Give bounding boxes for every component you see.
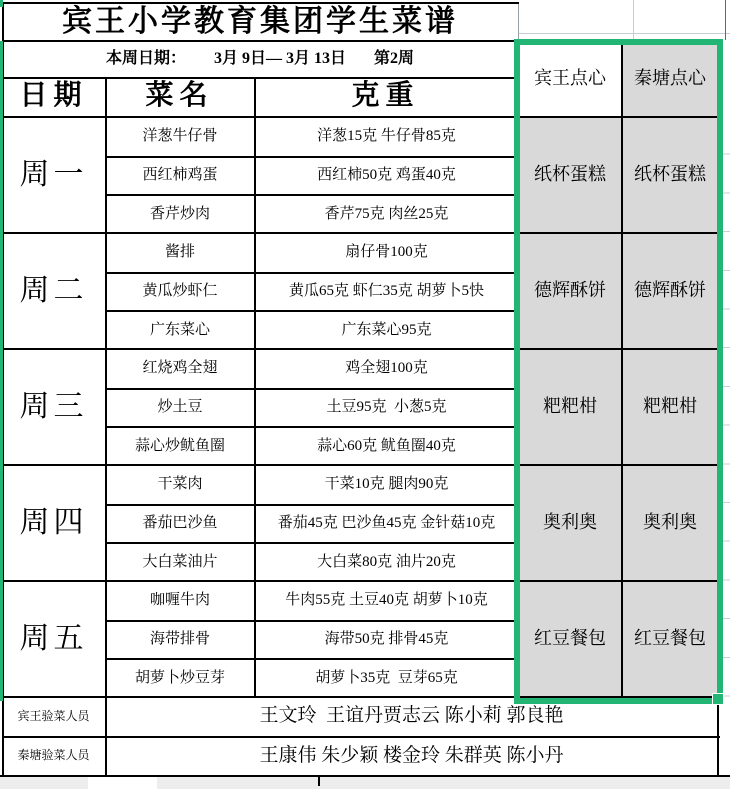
day-cell-wednesday[interactable]: 周三 — [2, 349, 105, 464]
selection-left-edge — [0, 41, 3, 701]
selection-fill-handle[interactable] — [712, 693, 724, 705]
dish-weight-cell[interactable]: 香芹75克 肉丝25克 — [256, 194, 517, 233]
week-label: 本周日期： — [106, 50, 186, 68]
day-cell-monday[interactable]: 周一 — [2, 117, 105, 232]
dish-name-cell[interactable]: 香芹炒肉 — [106, 194, 254, 233]
day-cell-friday[interactable]: 周五 — [2, 581, 105, 696]
week-range: 3月 9日— 3月 13日 — [214, 50, 346, 68]
dish-name-cell[interactable]: 红烧鸡全翅 — [106, 349, 254, 388]
title-cell[interactable]: 宾王小学教育集团学生菜谱 — [2, 2, 518, 40]
dish-name-cell[interactable]: 洋葱牛仔骨 — [106, 117, 254, 156]
selection-border[interactable] — [514, 39, 723, 704]
dish-weight-cell[interactable]: 蒜心60克 鱿鱼圈40克 — [256, 426, 517, 465]
grid-line — [633, 0, 634, 40]
dish-weight-cell[interactable]: 鸡全翅100克 — [256, 349, 517, 388]
grid-line — [519, 33, 730, 34]
selection-corner-mark — [0, 0, 3, 7]
grid-line — [318, 776, 320, 786]
cell-fill — [157, 777, 730, 789]
grid-line — [0, 775, 730, 777]
dish-weight-cell[interactable]: 西红柿50克 鸡蛋40克 — [256, 156, 517, 195]
week-date-cell[interactable]: 本周日期： 3月 9日— 3月 13日 第2周 — [2, 40, 518, 77]
dish-weight-cell[interactable]: 干菜10克 腿肉90克 — [256, 465, 517, 504]
grid-line — [725, 0, 726, 40]
inspector-label-cell[interactable]: 宾王验菜人员 — [2, 697, 105, 736]
spreadsheet: 宾王小学教育集团学生菜谱 本周日期： 3月 9日— 3月 13日 第2周 日期 … — [0, 0, 730, 789]
dish-weight-cell[interactable]: 广东菜心95克 — [256, 310, 517, 349]
dish-name-cell[interactable]: 咖喱牛肉 — [106, 581, 254, 620]
dish-weight-cell[interactable]: 黄瓜65克 虾仁35克 胡萝卜5快 — [256, 272, 517, 311]
inspector-label-cell[interactable]: 秦塘验菜人员 — [2, 737, 105, 775]
dish-weight-cell[interactable]: 海带50克 排骨45克 — [256, 620, 517, 659]
dish-name-cell[interactable]: 大白菜油片 — [106, 542, 254, 581]
cell-fill — [0, 777, 88, 789]
dish-name-cell[interactable]: 西红柿鸡蛋 — [106, 156, 254, 195]
dish-name-cell[interactable]: 胡萝卜炒豆芽 — [106, 658, 254, 697]
dish-name-cell[interactable]: 广东菜心 — [106, 310, 254, 349]
day-cell-thursday[interactable]: 周四 — [2, 465, 105, 580]
dish-weight-cell[interactable]: 牛肉55克 土豆40克 胡萝卜10克 — [256, 581, 517, 620]
week-number: 第2周 — [374, 50, 414, 68]
dish-name-cell[interactable]: 黄瓜炒虾仁 — [106, 272, 254, 311]
dish-weight-cell[interactable]: 洋葱15克 牛仔骨85克 — [256, 117, 517, 156]
dish-weight-cell[interactable]: 扇仔骨100克 — [256, 233, 517, 272]
dish-name-cell[interactable]: 干菜肉 — [106, 465, 254, 504]
inspector-names-cell[interactable]: 王康伟 朱少颖 楼金玲 朱群英 陈小丹 — [106, 737, 717, 775]
dish-name-cell[interactable]: 蒜心炒鱿鱼圈 — [106, 426, 254, 465]
dish-weight-cell[interactable]: 番茄45克 巴沙鱼45克 金针菇10克 — [256, 504, 517, 543]
dish-name-cell[interactable]: 海带排骨 — [106, 620, 254, 659]
header-dish[interactable]: 菜名 — [105, 77, 254, 116]
dish-weight-cell[interactable]: 大白菜80克 油片20克 — [256, 542, 517, 581]
day-cell-tuesday[interactable]: 周二 — [2, 233, 105, 348]
dish-weight-cell[interactable]: 土豆95克 小葱5克 — [256, 388, 517, 427]
dish-name-cell[interactable]: 番茄巴沙鱼 — [106, 504, 254, 543]
dish-weight-cell[interactable]: 胡萝卜35克 豆芽65克 — [256, 658, 517, 697]
dish-name-cell[interactable]: 炒土豆 — [106, 388, 254, 427]
dish-name-cell[interactable]: 酱排 — [106, 233, 254, 272]
header-weight[interactable]: 克重 — [254, 77, 517, 116]
header-date[interactable]: 日期 — [2, 77, 105, 116]
